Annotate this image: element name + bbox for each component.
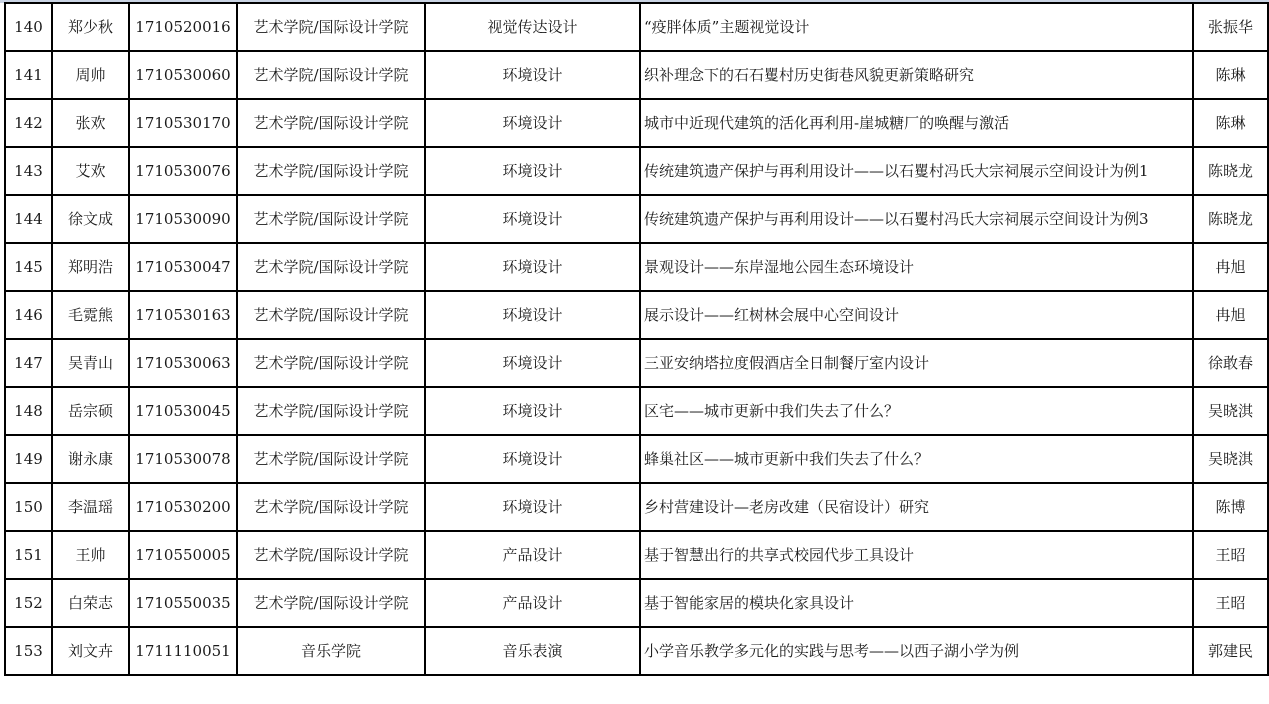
thesis-topic-cell: 乡村营建设计—老房改建（民宿设计）研究 xyxy=(640,483,1193,531)
advisor-name-cell: 张振华 xyxy=(1193,3,1268,51)
student-name-cell: 毛霓熊 xyxy=(52,291,129,339)
row-number-cell: 151 xyxy=(5,531,52,579)
major-cell: 环境设计 xyxy=(425,291,640,339)
student-id-cell: 1710550005 xyxy=(129,531,237,579)
row-number-cell: 152 xyxy=(5,579,52,627)
row-number-cell: 142 xyxy=(5,99,52,147)
table-row: 143艾欢1710530076艺术学院/国际设计学院环境设计传统建筑遗产保护与再… xyxy=(5,147,1268,195)
major-cell: 环境设计 xyxy=(425,483,640,531)
student-name-cell: 郑少秋 xyxy=(52,3,129,51)
thesis-topic-cell: 三亚安纳塔拉度假酒店全日制餐厅室内设计 xyxy=(640,339,1193,387)
thesis-topic-cell: 基于智能家居的模块化家具设计 xyxy=(640,579,1193,627)
row-number-cell: 149 xyxy=(5,435,52,483)
student-name-cell: 郑明浩 xyxy=(52,243,129,291)
major-cell: 环境设计 xyxy=(425,339,640,387)
student-id-cell: 1710530063 xyxy=(129,339,237,387)
table-row: 153刘文卉1711110051音乐学院音乐表演小学音乐教学多元化的实践与思考—… xyxy=(5,627,1268,675)
student-id-cell: 1710530200 xyxy=(129,483,237,531)
major-cell: 音乐表演 xyxy=(425,627,640,675)
advisor-name-cell: 陈琳 xyxy=(1193,99,1268,147)
thesis-topic-cell: 传统建筑遗产保护与再利用设计——以石矍村冯氏大宗祠展示空间设计为例3 xyxy=(640,195,1193,243)
table-row: 147吴青山1710530063艺术学院/国际设计学院环境设计三亚安纳塔拉度假酒… xyxy=(5,339,1268,387)
student-name-cell: 李温瑶 xyxy=(52,483,129,531)
student-id-cell: 1710520016 xyxy=(129,3,237,51)
college-cell: 音乐学院 xyxy=(237,627,425,675)
row-number-cell: 147 xyxy=(5,339,52,387)
row-number-cell: 140 xyxy=(5,3,52,51)
row-number-cell: 141 xyxy=(5,51,52,99)
college-cell: 艺术学院/国际设计学院 xyxy=(237,483,425,531)
table-row: 142张欢1710530170艺术学院/国际设计学院环境设计城市中近现代建筑的活… xyxy=(5,99,1268,147)
student-id-cell: 1710530163 xyxy=(129,291,237,339)
thesis-topic-cell: “疫胖体质”主题视觉设计 xyxy=(640,3,1193,51)
college-cell: 艺术学院/国际设计学院 xyxy=(237,51,425,99)
thesis-topic-cell: 城市中近现代建筑的活化再利用-崖城糖厂的唤醒与激活 xyxy=(640,99,1193,147)
table-body: 140郑少秋1710520016艺术学院/国际设计学院视觉传达设计“疫胖体质”主… xyxy=(5,3,1268,675)
row-number-cell: 150 xyxy=(5,483,52,531)
college-cell: 艺术学院/国际设计学院 xyxy=(237,579,425,627)
thesis-topic-cell: 景观设计——东岸湿地公园生态环境设计 xyxy=(640,243,1193,291)
row-number-cell: 148 xyxy=(5,387,52,435)
college-cell: 艺术学院/国际设计学院 xyxy=(237,243,425,291)
college-cell: 艺术学院/国际设计学院 xyxy=(237,195,425,243)
student-name-cell: 艾欢 xyxy=(52,147,129,195)
student-name-cell: 王帅 xyxy=(52,531,129,579)
major-cell: 环境设计 xyxy=(425,147,640,195)
student-id-cell: 1710530045 xyxy=(129,387,237,435)
thesis-topic-cell: 蜂巢社区——城市更新中我们失去了什么？ xyxy=(640,435,1193,483)
college-cell: 艺术学院/国际设计学院 xyxy=(237,339,425,387)
advisor-name-cell: 吴晓淇 xyxy=(1193,387,1268,435)
college-cell: 艺术学院/国际设计学院 xyxy=(237,531,425,579)
thesis-topic-cell: 传统建筑遗产保护与再利用设计——以石矍村冯氏大宗祠展示空间设计为例1 xyxy=(640,147,1193,195)
thesis-topic-cell: 展示设计——红树林会展中心空间设计 xyxy=(640,291,1193,339)
table-row: 150李温瑶1710530200艺术学院/国际设计学院环境设计乡村营建设计—老房… xyxy=(5,483,1268,531)
major-cell: 视觉传达设计 xyxy=(425,3,640,51)
major-cell: 环境设计 xyxy=(425,387,640,435)
table-row: 145郑明浩1710530047艺术学院/国际设计学院环境设计景观设计——东岸湿… xyxy=(5,243,1268,291)
row-number-cell: 146 xyxy=(5,291,52,339)
row-number-cell: 143 xyxy=(5,147,52,195)
advisor-name-cell: 郭建民 xyxy=(1193,627,1268,675)
student-id-cell: 1710550035 xyxy=(129,579,237,627)
college-cell: 艺术学院/国际设计学院 xyxy=(237,3,425,51)
row-number-cell: 144 xyxy=(5,195,52,243)
student-name-cell: 谢永康 xyxy=(52,435,129,483)
student-id-cell: 1711110051 xyxy=(129,627,237,675)
thesis-topic-cell: 小学音乐教学多元化的实践与思考——以西子湖小学为例 xyxy=(640,627,1193,675)
advisor-name-cell: 陈晓龙 xyxy=(1193,195,1268,243)
student-id-cell: 1710530060 xyxy=(129,51,237,99)
table-row: 146毛霓熊1710530163艺术学院/国际设计学院环境设计展示设计——红树林… xyxy=(5,291,1268,339)
college-cell: 艺术学院/国际设计学院 xyxy=(237,435,425,483)
student-id-cell: 1710530078 xyxy=(129,435,237,483)
table-row: 144徐文成1710530090艺术学院/国际设计学院环境设计传统建筑遗产保护与… xyxy=(5,195,1268,243)
advisor-name-cell: 吴晓淇 xyxy=(1193,435,1268,483)
table-row: 140郑少秋1710520016艺术学院/国际设计学院视觉传达设计“疫胖体质”主… xyxy=(5,3,1268,51)
advisor-name-cell: 冉旭 xyxy=(1193,291,1268,339)
thesis-topic-cell: 织补理念下的石石矍村历史街巷风貌更新策略研究 xyxy=(640,51,1193,99)
college-cell: 艺术学院/国际设计学院 xyxy=(237,291,425,339)
advisor-name-cell: 冉旭 xyxy=(1193,243,1268,291)
thesis-topic-cell: 区宅——城市更新中我们失去了什么？ xyxy=(640,387,1193,435)
student-id-cell: 1710530076 xyxy=(129,147,237,195)
thesis-topic-cell: 基于智慧出行的共享式校园代步工具设计 xyxy=(640,531,1193,579)
table-row: 152白荣志1710550035艺术学院/国际设计学院产品设计基于智能家居的模块… xyxy=(5,579,1268,627)
major-cell: 产品设计 xyxy=(425,531,640,579)
major-cell: 环境设计 xyxy=(425,99,640,147)
college-cell: 艺术学院/国际设计学院 xyxy=(237,99,425,147)
major-cell: 环境设计 xyxy=(425,195,640,243)
student-id-cell: 1710530090 xyxy=(129,195,237,243)
student-name-cell: 张欢 xyxy=(52,99,129,147)
student-id-cell: 1710530047 xyxy=(129,243,237,291)
major-cell: 环境设计 xyxy=(425,51,640,99)
student-name-cell: 岳宗硕 xyxy=(52,387,129,435)
student-name-cell: 徐文成 xyxy=(52,195,129,243)
student-name-cell: 刘文卉 xyxy=(52,627,129,675)
student-name-cell: 吴青山 xyxy=(52,339,129,387)
student-id-cell: 1710530170 xyxy=(129,99,237,147)
thesis-list-table: 140郑少秋1710520016艺术学院/国际设计学院视觉传达设计“疫胖体质”主… xyxy=(4,2,1269,676)
student-name-cell: 周帅 xyxy=(52,51,129,99)
major-cell: 产品设计 xyxy=(425,579,640,627)
table-row: 148岳宗硕1710530045艺术学院/国际设计学院环境设计区宅——城市更新中… xyxy=(5,387,1268,435)
table-row: 141周帅1710530060艺术学院/国际设计学院环境设计织补理念下的石石矍村… xyxy=(5,51,1268,99)
major-cell: 环境设计 xyxy=(425,435,640,483)
advisor-name-cell: 陈琳 xyxy=(1193,51,1268,99)
college-cell: 艺术学院/国际设计学院 xyxy=(237,387,425,435)
advisor-name-cell: 王昭 xyxy=(1193,531,1268,579)
advisor-name-cell: 徐敢春 xyxy=(1193,339,1268,387)
row-number-cell: 153 xyxy=(5,627,52,675)
advisor-name-cell: 陈晓龙 xyxy=(1193,147,1268,195)
advisor-name-cell: 陈博 xyxy=(1193,483,1268,531)
advisor-name-cell: 王昭 xyxy=(1193,579,1268,627)
table-row: 151王帅1710550005艺术学院/国际设计学院产品设计基于智慧出行的共享式… xyxy=(5,531,1268,579)
row-number-cell: 145 xyxy=(5,243,52,291)
student-name-cell: 白荣志 xyxy=(52,579,129,627)
table-row: 149谢永康1710530078艺术学院/国际设计学院环境设计蜂巢社区——城市更… xyxy=(5,435,1268,483)
major-cell: 环境设计 xyxy=(425,243,640,291)
college-cell: 艺术学院/国际设计学院 xyxy=(237,147,425,195)
